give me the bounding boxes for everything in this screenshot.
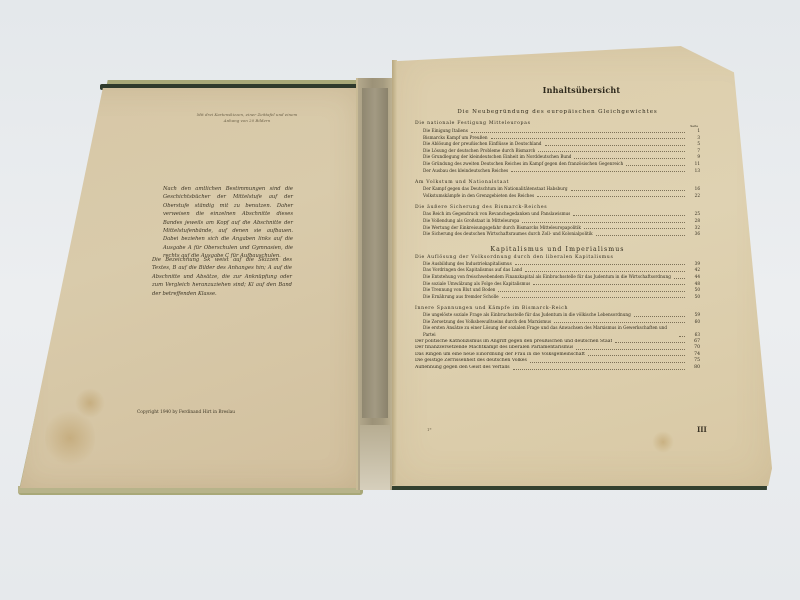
toc-entry: Die Vollendung als Großstaat in Mitteleu… bbox=[415, 218, 700, 225]
toc-entry: Das Ringen um eine neue Einordnung der F… bbox=[415, 352, 700, 359]
signature-mark: 1* bbox=[427, 427, 432, 432]
toc-entry: Der finanzzersetzende Machtkampf des lib… bbox=[415, 345, 700, 352]
spine-worn-end bbox=[360, 425, 390, 490]
toc-entry: Die Lösung der deutschen Probleme durch … bbox=[415, 148, 700, 155]
toc-section-heading: Die Auflösung der Volksordnung durch den… bbox=[415, 254, 700, 261]
toc-section-heading: Die äußere Sicherung des Bismarck-Reiche… bbox=[415, 204, 700, 211]
toc-entry: Die Ablösung der preußischen Einflüsse i… bbox=[415, 141, 700, 148]
usage-paragraph: Nach den amtlichen Bestimmungen sind die… bbox=[163, 185, 293, 261]
toc-entry: Auflehnung gegen den Geist des Verfalls8… bbox=[415, 365, 700, 372]
toc-entry: Der Kampf gegen das Deutschtum im Nation… bbox=[415, 186, 700, 193]
toc-entry: Der politische Katholizismus im Angriff … bbox=[415, 339, 700, 346]
toc-title: Inhaltsübersicht bbox=[415, 85, 700, 95]
foxing-stain bbox=[75, 388, 105, 418]
page-gutter bbox=[392, 60, 397, 485]
toc-entry: Bismarcks Kampf um Preußen3 bbox=[415, 135, 700, 142]
toc-entry: Die ungelöste soziale Frage als Einbruch… bbox=[415, 312, 700, 319]
toc-entry: Die Wertung der Einkreisungsgefahr durch… bbox=[415, 225, 700, 232]
toc-entry: Die Zersetzung des Volksbewußtseins durc… bbox=[415, 319, 700, 326]
copyright-line: Copyright 1940 by Ferdinand Hirt in Bres… bbox=[137, 410, 287, 415]
toc-entry: Die Ernährung aus fremder Scholle50 bbox=[415, 294, 700, 301]
toc-entry: Die Trennung von Blut und Boden50 bbox=[415, 287, 700, 294]
toc-section-heading: Am Volkstum und Nationalstaat bbox=[415, 179, 700, 186]
toc-entry: Volkstumskämpfe in den Grenzgebieten des… bbox=[415, 193, 700, 200]
toc-entry: Das Reich im Gegendruck von Revanchegeda… bbox=[415, 211, 700, 218]
toc-entry: Das Vordringen des Kapitalismus auf das … bbox=[415, 267, 700, 274]
toc-part-heading: Kapitalismus und Imperialismus bbox=[415, 246, 700, 253]
photo-scene: Mit drei Kartenskizzen, einer Zeittafel … bbox=[0, 0, 800, 600]
toc-section-heading: Innere Spannungen und Kämpfe im Bismarck… bbox=[415, 305, 700, 312]
page-number: III bbox=[697, 425, 707, 434]
toc-entry: Die soziale Umwälzung als Folge des Kapi… bbox=[415, 281, 700, 288]
toc-entry: Die geistige Zerrissenheit des deutschen… bbox=[415, 358, 700, 365]
toc-entry: Der Ausbau des kleindeutschen Reiches13 bbox=[415, 168, 700, 175]
illustration-note: Mit drei Kartenskizzen, einer Zeittafel … bbox=[192, 112, 302, 124]
toc-entry: Die Grundlegung der kleindeutschen Einhe… bbox=[415, 154, 700, 161]
toc-entry: Die Gründung des zweiten Deutschen Reich… bbox=[415, 161, 700, 168]
abbreviation-paragraph: Die Bezeichnung Sk weist auf die Skizzen… bbox=[152, 256, 292, 298]
table-of-contents: Inhaltsübersicht Die Neubegründung des e… bbox=[415, 85, 700, 372]
toc-entry: Die ersten Ansätze zu einer Lösung der s… bbox=[415, 325, 700, 338]
toc-entry: Die Ausbildung des Industriekapitalismus… bbox=[415, 261, 700, 268]
toc-entry: Die Entstehung von freischwebendem Finan… bbox=[415, 274, 700, 281]
toc-part-heading: Die Neubegründung des europäischen Gleic… bbox=[415, 109, 700, 115]
spine-inner bbox=[362, 88, 388, 418]
toc-entry: Die Sicherung des deutschen Wirtschaftsr… bbox=[415, 231, 700, 238]
toc-entry: Die Einigung Italiens1 bbox=[415, 128, 700, 135]
foxing-stain bbox=[652, 431, 674, 453]
